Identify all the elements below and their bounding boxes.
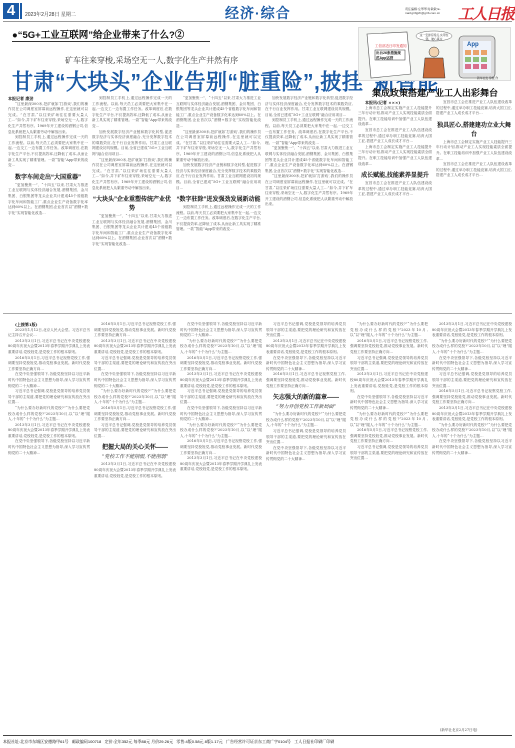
lower-paragraph: 习近平总书记强调,党校是党领导的培养党员领导干部的主渠道,要把党的理论研究和宣传…: [432, 372, 512, 389]
issue-date: 2023年2月28日 星期二: [25, 11, 76, 18]
lower-paragraph: 习近平总书记强调,党校是党领导的培养党员领导干部的主渠道,要把党的理论研究和宣传…: [94, 423, 176, 440]
lower-paragraph: 在党中央坚强领导下,各级党校坚持以习近平新时代中国特色社会主义思想为指导,深入学…: [180, 406, 262, 423]
lead-paragraph: “这里最深300米,挖矿就如‘打游戏’,我们的操作员在公司调度室屏幕前远程操作,…: [8, 102, 88, 136]
right-paragraph: 宜昌市总工会在推进产业工人队伍建设改革的过程中,通过举办职工技能竞赛,培育大国工…: [436, 162, 512, 179]
end-note: (新华社北京2月27日电): [440, 728, 477, 733]
right-paragraph: 上海市总工会制定实施产业工人技能提升三年行动计划,推动产业工人实现技能素质全面提…: [358, 145, 432, 167]
lower-column-1: (上接第1版) 2023年1月12日,北京人民大会堂。习近平总书记主持召开会议……: [8, 322, 90, 726]
lower-paragraph: 习近平总书记强调,党校是党领导的培养党员领导干部的主渠道,要把党的理论研究和宣传…: [94, 356, 176, 373]
lower-paragraph: 2016年5月1日,习近平总书记视察党校工作,强调要坚持党校姓党,推动党校事业发…: [180, 439, 262, 456]
lower-paragraph: 2016年5月1日,习近平总书记视察党校工作,强调要坚持党校姓党,推动党校事业发…: [94, 406, 176, 423]
lead-paragraph: 加快发展数字经济产业链和数字化转型,促进数字经济与实体经济深度融合,充分发挥数字…: [92, 130, 172, 158]
lower-paragraph: “为什么要办好新时代的党校?”“为什么要把党校办成什么样的党校?”2023年10…: [432, 423, 512, 440]
lower-paragraph: “为什么要办好新时代的党校?”“为什么要把党校办成什么样的党校?”2023年10…: [180, 423, 262, 440]
lower-column-4: 习近平总书记强调,党校是党领导的培养党员领导干部的主渠道,要把党的理论研究和宣传…: [266, 322, 346, 726]
page-header: 4 2023年2月28日 星期二 经济·综合 责任编辑:左琴琴 时敏敏 E-ma…: [0, 0, 515, 22]
lead-paragraph: “更加聚焦一”、“十四五”以来,甘肃大力推进工业互联网与实体经济融合发展,酒钢集…: [265, 146, 353, 174]
lead-paragraph: 到控制员工手机上,通过远程操作完成一天的工作流程。以前,每天员工必须要把大家集中…: [176, 205, 261, 233]
right-paragraph: 宜昌市总工会在推进产业工人队伍建设改革的过程中,通过举办职工技能竞赛,培育大国工…: [358, 181, 432, 198]
app-label: App: [467, 42, 479, 48]
lower-paragraph: 在党中央坚强领导下,各级党校坚持以习近平新时代中国特色社会主义思想为指导,深入学…: [432, 439, 512, 456]
lower-paragraph: 2016年5月1日,习近平总书记视察党校工作,强调要坚持党校姓党,推动党校事业发…: [266, 372, 346, 389]
lead-paragraph: 到控制员工手机上,通过远程操作完成一天的工作流程。以前,每天员工必须要把大家集中…: [92, 96, 172, 130]
lower-paragraph: 在党中央坚强领导下,各级党校坚持以习近平新时代中国特色社会主义思想为指导,深入学…: [94, 372, 176, 389]
lower-paragraph: 2013年3月1日,习近平总书记在中央党校建校80周年庆祝大会暨2013年春季学…: [432, 406, 512, 423]
lower-paragraph: 2013年3月1日,习近平总书记在中央党校建校80周年庆祝大会暨2013年春季学…: [180, 372, 262, 389]
illustration-credit: 新华社发 徐骏 作: [477, 76, 498, 80]
lower-column-6: 2013年3月1日,习近平总书记在中央党校建校80周年庆祝大会暨2013年春季学…: [432, 322, 512, 726]
document-text: 出台26条措施规范App运营: [376, 51, 404, 61]
lower-paragraph: 2016年5月1日,习近平总书记视察党校工作,强调要坚持党校姓党,推动党校事业发…: [8, 356, 90, 373]
section-divider: [3, 313, 512, 314]
lower-paragraph: 在党中央坚强领导下,各级党校坚持以习近平新时代中国特色社会主义思想为指导,深入学…: [8, 372, 90, 389]
lower-paragraph: “为什么要办好新时代的党校?”“为什么要把党校办成什么样的党校?”2023年10…: [350, 322, 428, 339]
lower-paragraph: 习近平总书记强调,党校是党领导的培养党员领导干部的主渠道,要把党的理论研究和宣传…: [350, 445, 428, 462]
lower-paragraph: “为什么要办好新时代的党校?”“为什么要把党校办成什么样的党校?”2023年10…: [8, 406, 90, 423]
lower-paragraph: 2023年1月12日,北京人民大会堂。习近平总书记主持召开会议…: [8, 328, 90, 339]
lower-subhead-1: 矢志强大的新的篇章——: [266, 392, 346, 401]
lower-paragraph: 2016年5月1日,习近平总书记视察党校工作,强调要坚持党校姓党,推动党校事业发…: [94, 322, 176, 339]
lower-paragraph: 在党中央坚强领导下,各级党校坚持以习近平新时代中国特色社会主义思想为指导,深入学…: [432, 356, 512, 373]
section-title: 经济·综合: [225, 3, 291, 23]
series-underline: [12, 41, 210, 42]
lead-paragraph: 到控制员工手机上,通过远程操作完成一天的工作流程。以前,每天员工必须要把大家集中…: [265, 118, 353, 146]
lower-paragraph: “为什么要办好新时代的党校?”“为什么要把党校办成什么样的党校?”2023年10…: [180, 339, 262, 356]
lead-subhead-3: “数字驻除”迸发强劲发展新动能: [176, 194, 261, 203]
right-column-2: 宜昌市总工会在推进产业工人队伍建设改革的过程中,通过举办职工技能竞赛,培育大国工…: [436, 100, 512, 308]
document-title: 工信部近日印发通知: [375, 44, 407, 49]
lead-paragraph: 加快发展数字经济产业链和数字化转型,促进数字经济与实体经济深度融合,充分发挥数字…: [265, 96, 353, 118]
footer: 本报社址:北京市东城区安德路甲61号 邮政编码100718 定价:全年352元 …: [0, 736, 515, 748]
lower-paragraph: 2013年3月1日,习近平总书记在中央党校建校80周年庆祝大会暨2013年春季学…: [180, 456, 262, 473]
lower-paragraph: 在党中央坚强领导下,各级党校坚持以习近平新时代中国特色社会主义思想为指导,深入学…: [350, 395, 428, 412]
footer-printer: 工人日报社印刷厂印刷: [294, 739, 334, 744]
header-rule: [3, 21, 512, 22]
lower-subhead-2: 把握大局的关心关怀——: [94, 442, 176, 451]
lead-paragraph: “更加聚焦一”、“十四五”以来,甘肃大力推进工业互联网与实体经济融合发展,酒钢集…: [8, 183, 88, 217]
right-column-1: 本报讯(记者 ×××) 上海市总工会制定实施产业工人技能提升三年行动计划,推动产…: [358, 100, 432, 308]
lead-paragraph: “更加聚焦一”、“十四五”以来,甘肃大力推进工业互联网与实体经济融合发展,酒钢集…: [92, 214, 172, 248]
lead-paragraph: “这里最深300米,挖矿就如‘打游戏’,我们的操作员在公司调度室屏幕前远程操作,…: [176, 130, 261, 164]
page-number: 4: [3, 3, 19, 19]
lower-paragraph: 在党中央坚强领导下,各级党校坚持以习近平新时代中国特色社会主义思想为指导,深入学…: [180, 322, 262, 339]
lower-paragraph: 在党中央坚强领导下,各级党校坚持以习近平新时代中国特色社会主义思想为指导,深入学…: [266, 356, 346, 373]
lower-paragraph: 在党中央坚强领导下,各级党校坚持以习近平新时代中国特色社会主义思想为指导,深入学…: [8, 439, 90, 456]
right-paragraph: 上海市总工会制定实施产业工人技能提升三年行动计划,推动产业工人实现技能素质全面提…: [358, 106, 432, 128]
lower-paragraph: “为什么要办好新时代的党校?”“为什么要把党校办成什么样的党校?”2023年10…: [266, 412, 346, 429]
lower-paragraph: 2013年3月1日,习近平总书记在中央党校建校80周年庆祝大会暨2013年春季学…: [8, 339, 90, 356]
lead-paragraph: 加快发展数字经济产业链和数字化转型,促进数字经济与实体经济深度融合,充分发挥数字…: [176, 163, 261, 191]
footer-price: 定价:全年352元 每季88元 月价29.26元: [105, 739, 173, 744]
lower-paragraph: 2016年5月1日,习近平总书记视察党校工作,强调要坚持党校姓党,推动党校事业发…: [432, 389, 512, 406]
lead-subhead-2: “大块头”企业重塑传统产业优势: [92, 194, 172, 212]
lower-paragraph: 2013年3月1日,习近平总书记在中央党校建校80周年庆祝大会暨2013年春季学…: [8, 423, 90, 440]
lower-column-5: “为什么要办好新时代的党校?”“为什么要把党校办成什么样的党校?”2023年10…: [350, 322, 428, 726]
lower-paragraph: “为什么要办好新时代的党校?”“为什么要把党校办成什么样的党校?”2023年10…: [350, 412, 428, 429]
page-number-bar: [20, 3, 22, 19]
lead-paragraph: “这里最深300米,挖矿就如‘打游戏’,我们的操作员在公司调度室屏幕前远程操作,…: [265, 174, 353, 208]
lower-subhead-1-sub: “努力开创党校工作新局面”: [266, 403, 346, 410]
lower-paragraph: 2013年3月1日,习近平总书记在中央党校建校80周年庆祝大会暨2013年春季学…: [94, 339, 176, 356]
lower-paragraph: 2013年3月1日,习近平总书记在中央党校建校80周年庆祝大会暨2013年春季学…: [94, 462, 176, 479]
lead-column-1: 本报记者 康劲 “这里最深300米,挖矿就如‘打游戏’,我们的操作员在公司调度室…: [8, 96, 88, 308]
lower-column-2: 2016年5月1日,习近平总书记视察党校工作,强调要坚持党校姓党,推动党校事业发…: [94, 322, 176, 726]
lead-column-2: 到控制员工手机上,通过远程操作完成一天的工作流程。以前,每天员工必须要把大家集中…: [92, 96, 172, 308]
lead-paragraph: “这里最深300米,挖矿就如‘打游戏’,我们的操作员在公司调度室屏幕前远程操作,…: [92, 158, 172, 192]
lower-paragraph: 2013年3月1日,习近平总书记在中央党校建校80周年庆祝大会暨2013年春季学…: [432, 322, 512, 339]
lead-paragraph: 到控制员工手机上,通过远程操作完成一天的工作流程。以前,每天员工必须要把大家集中…: [8, 135, 88, 169]
lower-paragraph: 习近平总书记强调,党校是党领导的培养党员领导干部的主渠道,要把党的理论研究和宣传…: [266, 322, 346, 339]
lower-paragraph: 习近平总书记强调,党校是党领导的培养党员领导干部的主渠道,要把党的理论研究和宣传…: [350, 356, 428, 373]
lead-paragraph: “更加聚焦一”、“十四五”以来,甘肃大力推进工业互联网与实体经济融合发展,酒钢集…: [176, 96, 261, 130]
footer-ad-license: 广告经营许可证京东工商广字0104号: [226, 739, 291, 744]
lower-paragraph: 在党中央坚强领导下,各级党校坚持以习近平新时代中国特色社会主义思想为指导,深入学…: [266, 446, 346, 463]
lower-paragraph: 2016年5月1日,习近平总书记视察党校工作,强调要坚持党校姓党,推动党校事业发…: [350, 339, 428, 356]
footer-retail: 零售:4版0.58元 8版1.17元: [176, 739, 222, 744]
lower-subhead-2-sub: “党校工作不能削弱,不能削弱”: [94, 453, 176, 460]
speech-bubble: 这一安排有特点,实用性强、暖心真实: [419, 33, 449, 41]
lower-paragraph: 2013年3月1日,习近平总书记在中央党校建校80周年庆祝大会暨2013年春季学…: [350, 372, 428, 394]
right-headline: 集成政策搭建产业工人出彩舞台: [360, 86, 510, 99]
illustration: 工信部近日印发通知 出台26条措施规范App运营 这一安排有特点,实用性强、暖心…: [358, 27, 511, 81]
lower-paragraph: 2013年3月1日,习近平总书记在中央党校建校80周年庆祝大会暨2013年春季学…: [266, 339, 346, 356]
right-subhead-2: 成长赋能,技能素养显提升: [358, 170, 432, 179]
lead-column-4: 加快发展数字经济产业链和数字化转型,促进数字经济与实体经济深度融合,充分发挥数字…: [265, 96, 353, 308]
editors-credit: 责任编辑:左琴琴 时敏敏 E-mail:grrbjjzh@grrb.com.cn: [405, 7, 455, 15]
lower-paragraph: 习近平总书记强调,党校是党领导的培养党员领导干部的主渠道,要把党的理论研究和宣传…: [266, 429, 346, 446]
right-paragraph: 宜昌市总工会在推进产业工人队伍建设改革的过程中,通过举办职工技能竞赛,培育大国工…: [358, 128, 432, 145]
lower-column-3: 在党中央坚强领导下,各级党校坚持以习近平新时代中国特色社会主义思想为指导,深入学…: [180, 322, 262, 726]
lead-column-3: “更加聚焦一”、“十四五”以来,甘肃大力推进工业互联网与实体经济融合发展,酒钢集…: [176, 96, 261, 308]
footer-address: 本报社址:北京市东城区安德路甲61号: [3, 739, 69, 744]
lower-paragraph: “为什么要办好新时代的党校?”“为什么要把党校办成什么样的党校?”2023年10…: [432, 339, 512, 356]
lower-paragraph: “为什么要办好新时代的党校?”“为什么要把党校办成什么样的党校?”2023年10…: [94, 389, 176, 406]
lower-paragraph: 习近平总书记强调,党校是党领导的培养党员领导干部的主渠道,要把党的理论研究和宣传…: [8, 389, 90, 406]
right-paragraph: 上海市总工会制定实施产业工人技能提升三年行动计划,推动产业工人实现技能素质全面提…: [436, 140, 512, 162]
lead-subhead-1: 数字车间走出“大国重器”: [8, 172, 88, 181]
lower-paragraph: 2016年5月1日,习近平总书记视察党校工作,强调要坚持党校姓党,推动党校事业发…: [180, 356, 262, 373]
lower-paragraph: 习近平总书记强调,党校是党领导的培养党员领导干部的主渠道,要把党的理论研究和宣传…: [180, 389, 262, 406]
right-paragraph: 宜昌市总工会在推进产业工人队伍建设改革的过程中,通过举办职工技能竞赛,培育大国工…: [436, 100, 512, 117]
series-tag: ●“5G+工业互联网”给企业带来了什么?②: [12, 27, 184, 41]
footer-postcode: 邮政编码100718: [72, 739, 101, 744]
lower-paragraph: 2016年5月1日,习近平总书记视察党校工作,强调要坚持党校姓党,推动党校事业发…: [350, 428, 428, 445]
right-subhead-1: 独具匠心,搭建建功立业大舞台: [436, 120, 512, 138]
